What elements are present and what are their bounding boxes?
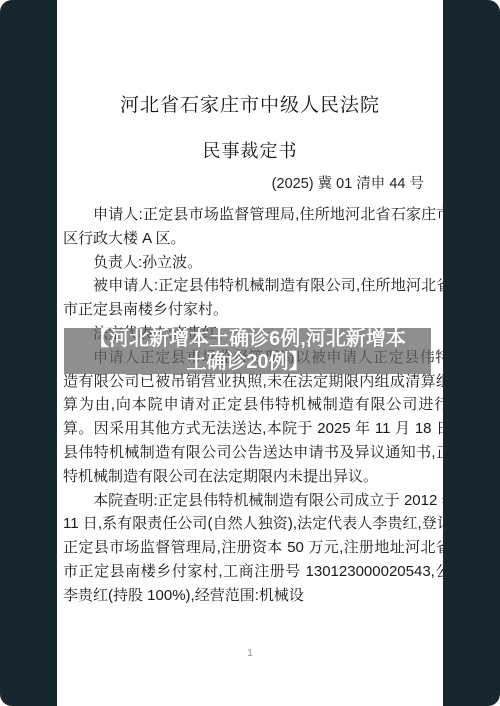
- case-number: (2025) 冀 01 清申 44 号: [272, 172, 424, 193]
- right-frame-bar: [443, 0, 500, 706]
- left-frame-bar: [0, 0, 57, 706]
- screenshot-canvas: 河北省石家庄市中级人民法院 民事裁定书 (2025) 冀 01 清申 44 号 …: [0, 0, 500, 706]
- headline-line-1: 【河北新增本土确诊6例,河北新增本: [89, 328, 406, 351]
- paragraph-findings: 本院查明:正定县伟特机械制造有限公司成立于 2012 年 12 月 11 日,系…: [63, 489, 497, 608]
- document-type-title: 民事裁定书: [0, 137, 500, 163]
- paragraph-respondent: 被申请人:正定县伟特机械制造有限公司,住所地河北省石家庄市正定县南楼乡付家村。: [63, 274, 497, 322]
- headline-line-2: 土确诊20例】: [186, 351, 308, 374]
- court-title: 河北省石家庄市中级人民法院: [0, 90, 500, 117]
- document-body: 申请人:正定县市场监督管理局,住所地河北省石家庄市正定新区行政大楼 A 区。 负…: [63, 203, 497, 608]
- headline-overlay-banner[interactable]: 【河北新增本土确诊6例,河北新增本 土确诊20例】: [64, 328, 431, 374]
- page-number: 1: [0, 648, 500, 659]
- paragraph-person-in-charge: 负责人:孙立波。: [63, 251, 497, 275]
- paragraph-applicant: 申请人:正定县市场监督管理局,住所地河北省石家庄市正定新区行政大楼 A 区。: [63, 203, 497, 251]
